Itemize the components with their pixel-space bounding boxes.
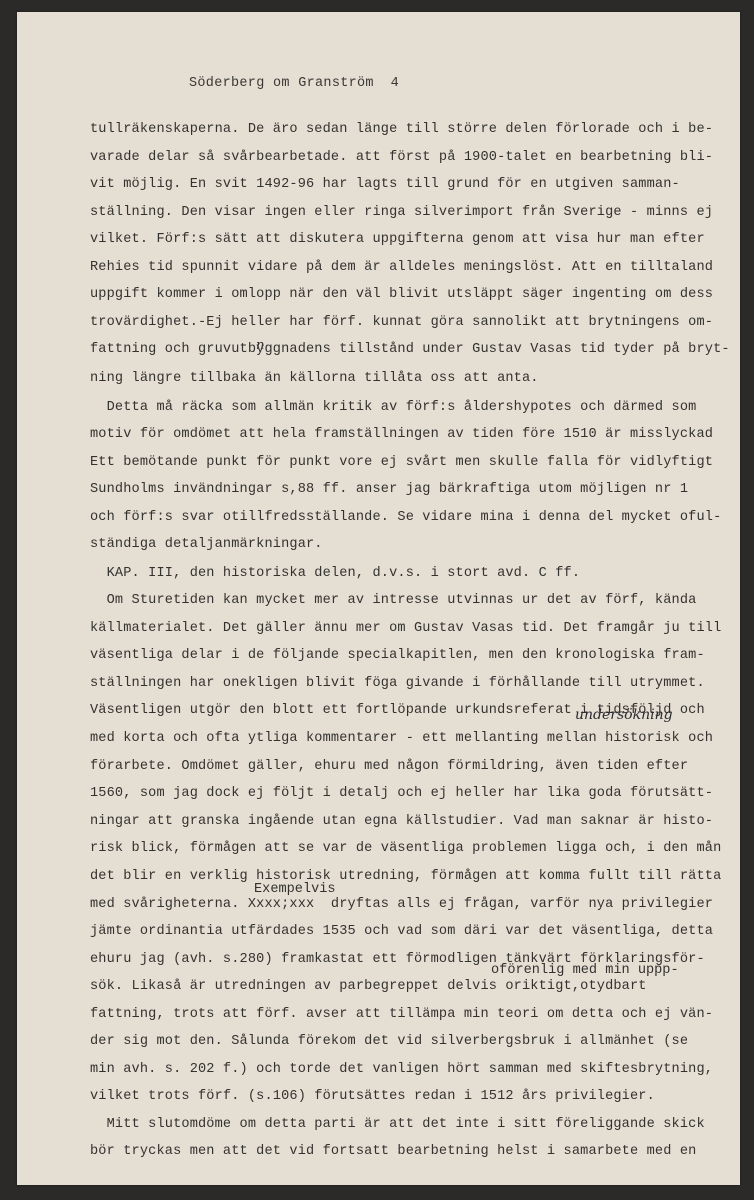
text-line: Sundholms invändningar s,88 ff. anser ja… bbox=[90, 482, 688, 498]
text-line: jämte ordinantia utfärdades 1535 och vad… bbox=[90, 924, 713, 940]
text-line: uppgift kommer i omlopp när den väl bliv… bbox=[90, 287, 713, 303]
interlinear-insert-oforenlig: oförenlig med min uppp- bbox=[491, 963, 679, 979]
text-line: fattning, trots att förf. avser att till… bbox=[90, 1007, 713, 1023]
text-line: Detta må räcka som allmän kritik av förf… bbox=[90, 400, 696, 416]
text-line: trovärdighet.-Ej heller har förf. kunnat… bbox=[90, 315, 713, 331]
text-line: KAP. III, den historiska delen, d.v.s. i… bbox=[90, 566, 580, 582]
text-line: ständiga detaljanmärkningar. bbox=[90, 537, 323, 553]
text-line: tullräkenskaperna. De äro sedan länge ti… bbox=[90, 122, 713, 138]
text-line: med korta och ofta ytliga kommentarer - … bbox=[90, 731, 713, 747]
text-line: varade delar så svårbearbetade. att förs… bbox=[90, 150, 713, 166]
interlinear-insert-exempelvis: Exempelvis bbox=[254, 882, 336, 898]
text-line: ställning. Den visar ingen eller ringa s… bbox=[90, 205, 713, 221]
text-line: der sig mot den. Sålunda förekom det vid… bbox=[90, 1034, 688, 1050]
text-line: förarbete. Omdömet gäller, ehuru med någ… bbox=[90, 759, 688, 775]
text-line: ställningen har onekligen blivit föga gi… bbox=[90, 676, 705, 692]
text-line: med svårigheterna. Xxxx;xxx dryftas alls… bbox=[90, 897, 713, 913]
text-line: risk blick, förmågen att se var de väsen… bbox=[90, 841, 721, 857]
text-line: vilket trots förf. (s.106) förutsättes r… bbox=[90, 1089, 655, 1105]
text-line: Rehies tid spunnit vidare på dem är alld… bbox=[90, 260, 713, 276]
text-line: ning längre tillbaka än källorna tillåta… bbox=[90, 371, 539, 387]
text-line: min avh. s. 202 f.) och torde det vanlig… bbox=[90, 1062, 713, 1078]
text-line: det blir en verklig historisk utredning,… bbox=[90, 869, 721, 885]
text-line: Om Sturetiden kan mycket mer av intresse… bbox=[90, 593, 696, 609]
text-line: vilket. Förf:s sätt att diskutera uppgif… bbox=[90, 232, 705, 248]
page-heading: Söderberg om Granström 4 bbox=[189, 76, 399, 91]
text-line: 1560, som jag dock ej följt i detalj och… bbox=[90, 786, 713, 802]
text-line: väsentliga delar i de följande specialka… bbox=[90, 648, 705, 664]
text-line: vit möjlig. En svit 1492-96 har lagts ti… bbox=[90, 177, 680, 193]
text-line: motiv för omdömet att hela framställning… bbox=[90, 427, 713, 443]
handwritten-annotation-undersokning: undersökning bbox=[575, 707, 673, 723]
text-line: Ett bemötande punkt för punkt vore ej sv… bbox=[90, 455, 713, 471]
handwritten-annotation-n: n bbox=[256, 338, 264, 353]
text-line: ningar att granska ingående utan egna kä… bbox=[90, 814, 713, 830]
text-line: fattning och gruvutbyggnadens tillstånd … bbox=[90, 342, 730, 358]
text-line: och förf:s svar otillfredsställande. Se … bbox=[90, 510, 721, 526]
text-line: källmaterialet. Det gäller ännu mer om G… bbox=[90, 621, 721, 637]
text-line: sök. Likaså är utredningen av parbegrepp… bbox=[90, 979, 647, 995]
text-line: Mitt slutomdöme om detta parti är att de… bbox=[90, 1117, 705, 1133]
text-line: bör tryckas men att det vid fortsatt bea… bbox=[90, 1144, 696, 1160]
